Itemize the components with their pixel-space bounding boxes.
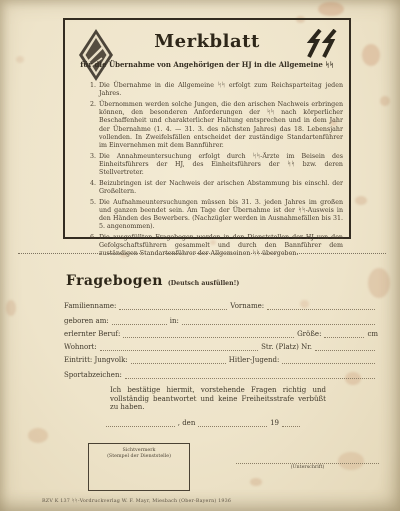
perforation-line (18, 253, 386, 254)
form-row-wohnort: Wohnort: Str. (Platz) Nr. (64, 343, 378, 351)
stain-spot (250, 478, 262, 486)
merkblatt-item: 6. Die ausgefüllten Fragebogen werden in… (87, 234, 343, 259)
stain-spot (28, 428, 48, 443)
item-number: 2. (87, 101, 96, 150)
form-row-sportabzeichen: Sportabzeichen: (64, 371, 378, 379)
groesse-blank-line (324, 330, 364, 338)
merkblatt-item: 2. Übernommen werden solche Jungen, die … (87, 101, 343, 150)
familienname-label: Familienname: (64, 302, 116, 310)
form-row-beruf: erlernter Beruf: Größe: cm (64, 330, 378, 338)
stain-spot (6, 300, 16, 316)
familienname-blank-line (119, 302, 227, 310)
item-text: Übernommen werden solche Jungen, die den… (99, 101, 343, 150)
hitler-jugend-label: Hitler-Jugend: (229, 356, 280, 364)
stain-spot (318, 2, 344, 16)
stain-spot (355, 196, 367, 205)
item-number: 3. (87, 153, 96, 178)
merkblatt-notice-box: Merkblatt für die Übernahme von Angehöri… (63, 18, 351, 239)
ss-runes-icon (306, 29, 340, 59)
strasse-blank-line (315, 343, 375, 351)
year-blank-line (282, 419, 300, 427)
signature-caption: (Unterschrift) (236, 465, 379, 470)
wohnort-blank-line (100, 343, 258, 351)
item-text: Die Aufnahmeuntersuchungen müssen bis 31… (99, 199, 343, 232)
item-text: Beizubringen ist der Nachweis der arisch… (99, 180, 343, 196)
merkblatt-list: 1. Die Übernahme in die Allgemeine ᛋᛋ er… (87, 82, 343, 261)
item-number: 4. (87, 180, 96, 196)
signature-block: (Unterschrift) (236, 456, 379, 470)
merkblatt-subtitle: für die Übernahme von Angehörigen der HJ… (65, 60, 349, 69)
form-row-name: Familienname: Vorname: (64, 302, 378, 310)
geburtsort-blank-line (182, 317, 375, 325)
den-label: , den (178, 419, 196, 427)
vorname-label: Vorname: (230, 302, 264, 310)
item-text: Die Annahmeuntersuchung erfolgt durch ᛋᛋ… (99, 153, 343, 178)
item-number: 5. (87, 199, 96, 232)
stain-spot (380, 96, 390, 106)
confirmation-statement: Ich bestätige hiermit, vorstehende Frage… (110, 386, 326, 412)
signature-blank-line (236, 456, 379, 464)
cm-unit-label: cm (367, 330, 378, 338)
stain-spot (368, 268, 390, 298)
stamp-box: Sichtvermerk (Stempel der Dienststelle) (88, 443, 190, 491)
item-text: Die Übernahme in die Allgemeine ᛋᛋ erfol… (99, 82, 343, 98)
fragebogen-note: (Deutsch ausfüllen!) (168, 280, 239, 287)
merkblatt-item: 5. Die Aufnahmeuntersuchungen müssen bis… (87, 199, 343, 232)
stamp-box-line2: (Stempel der Dienststelle) (89, 454, 189, 460)
year-prefix-label: 19 (270, 419, 279, 427)
fragebogen-heading: Fragebogen(Deutsch ausfüllen!) (66, 270, 239, 289)
stain-spot (362, 44, 380, 66)
form-row-eintritt: Eintritt: Jungvolk: Hitler-Jugend: (64, 356, 378, 364)
sportabzeichen-label: Sportabzeichen: (64, 371, 122, 379)
fragebogen-title: Fragebogen (66, 273, 163, 289)
merkblatt-item: 3. Die Annahmeuntersuchung erfolgt durch… (87, 153, 343, 178)
hitler-jugend-blank-line (282, 356, 375, 364)
jungvolk-blank-line (131, 356, 226, 364)
printer-imprint: RZV K 137 ᛋᛋ-Vordruckverlag W. F. Mayr, … (42, 498, 231, 504)
beruf-label: erlernter Beruf: (64, 330, 120, 338)
date-blank-line (198, 419, 267, 427)
wohnort-label: Wohnort: (64, 343, 97, 351)
sportabzeichen-blank-line (125, 371, 375, 379)
eintritt-jungvolk-label: Eintritt: Jungvolk: (64, 356, 128, 364)
merkblatt-item: 1. Die Übernahme in die Allgemeine ᛋᛋ er… (87, 82, 343, 98)
vorname-blank-line (267, 302, 375, 310)
beruf-blank-line (123, 330, 294, 338)
geburtsdatum-blank-line (112, 317, 167, 325)
item-text: Die ausgefüllten Fragebogen werden in de… (99, 234, 343, 259)
groesse-label: Größe: (297, 330, 321, 338)
place-blank-line (106, 419, 175, 427)
geboren-am-label: geboren am: (64, 317, 109, 325)
form-row-birth: geboren am: in: (64, 317, 378, 325)
scanned-document-page: Merkblatt für die Übernahme von Angehöri… (0, 0, 400, 511)
strasse-label: Str. (Platz) Nr. (261, 343, 312, 351)
place-date-line: , den 19 (103, 419, 303, 427)
item-number: 6. (87, 234, 96, 259)
fragebogen-fields: Familienname: Vorname: geboren am: in: e… (64, 302, 378, 384)
merkblatt-item: 4. Beizubringen ist der Nachweis der ari… (87, 180, 343, 196)
stain-spot (16, 56, 24, 63)
geburtsort-in-label: in: (170, 317, 179, 325)
item-number: 1. (87, 82, 96, 98)
